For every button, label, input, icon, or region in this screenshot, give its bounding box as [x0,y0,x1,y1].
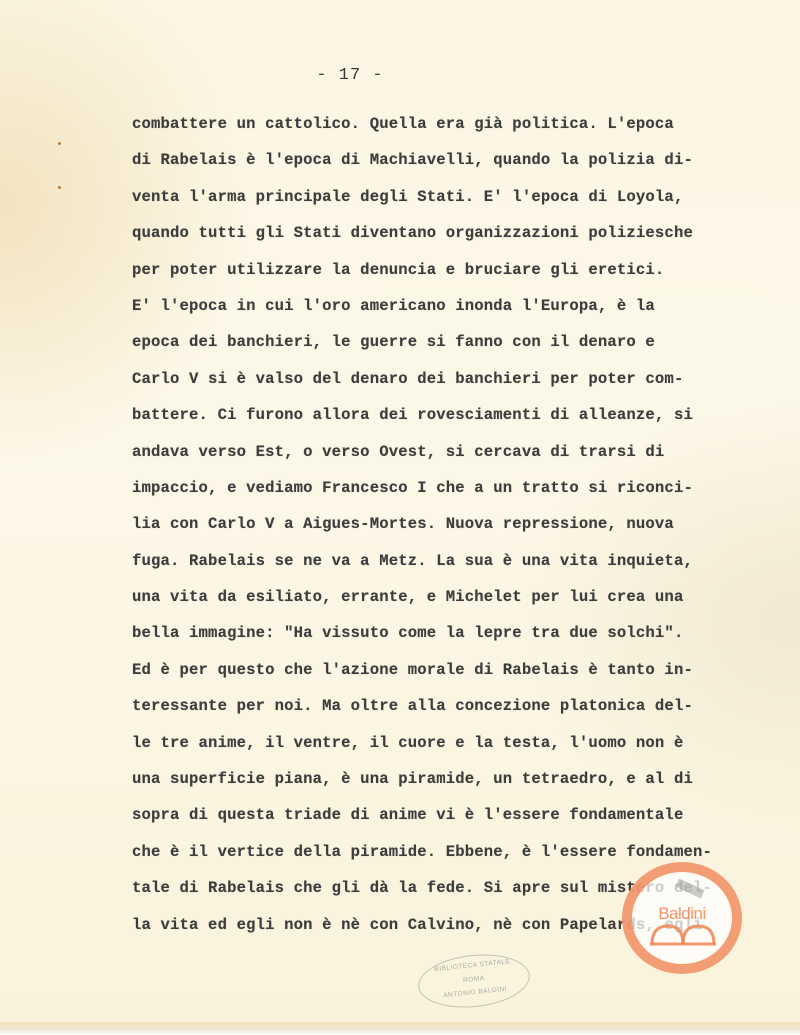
text-line: teressante per noi. Ma oltre alla concez… [132,694,732,730]
text-line: fuga. Rabelais se ne va a Metz. La sua è… [132,549,732,585]
text-line: battere. Ci furono allora dei rovesciame… [132,403,732,439]
text-line: che è il vertice della piramide. Ebbene,… [132,840,732,876]
text-line: combattere un cattolico. Quella era già … [132,112,732,148]
text-line: bella immagine: "Ha vissuto come la lepr… [132,621,732,657]
text-line: venta l'arma principale degli Stati. E' … [132,185,732,221]
text-line: le tre anime, il ventre, il cuore e la t… [132,731,732,767]
library-stamp: BIBLIOTECA STATALE ROMA ANTONIO BALDINI [416,949,533,1012]
text-line: E' l'epoca in cui l'oro americano inonda… [132,294,732,330]
document-page: - 17 - combattere un cattolico. Quella e… [0,0,800,1030]
text-line: per poter utilizzare la denuncia e bruci… [132,258,732,294]
text-line: andava verso Est, o verso Ovest, si cerc… [132,440,732,476]
book-arches-icon [650,924,716,946]
text-line: una vita da esiliato, errante, e Michele… [132,585,732,621]
text-line: lia con Carlo V a Aigues-Mortes. Nuova r… [132,512,732,548]
text-line: quando tutti gli Stati diventano organiz… [132,221,732,257]
logo-text: Baldini [632,904,732,924]
text-line: impaccio, e vediamo Francesco I che a un… [132,476,732,512]
text-line: Ed è per questo che l'azione morale di R… [132,658,732,694]
paper-speck [58,186,61,189]
baldini-logo-watermark: Baldini [622,862,742,974]
paper-speck [58,142,61,145]
text-line: sopra di questa triade di anime vi è l'e… [132,803,732,839]
text-line: una superficie piana, è una piramide, un… [132,767,732,803]
typewritten-body: combattere un cattolico. Quella era già … [132,112,732,949]
page-number: - 17 - [0,66,700,85]
page-bottom-edge [0,1022,800,1035]
text-line: epoca dei banchieri, le guerre si fanno … [132,330,732,366]
text-line: Carlo V si è valso del denaro dei banchi… [132,367,732,403]
logo-tag-icon [675,879,704,899]
text-line: di Rabelais è l'epoca di Machiavelli, qu… [132,148,732,184]
